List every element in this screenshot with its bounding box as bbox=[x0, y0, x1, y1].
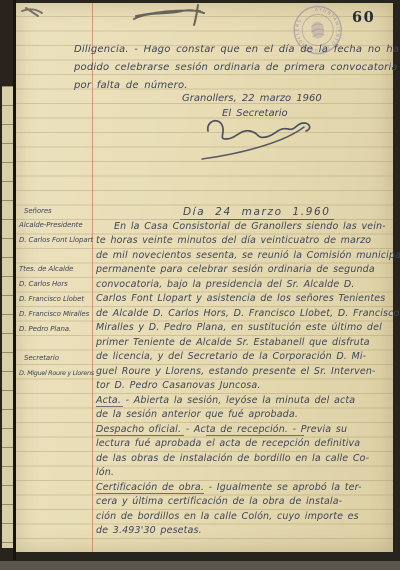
scanned-minutes-book: 60 AYUNTAMIENTO DE GRANOLLERS Diligencia… bbox=[0, 0, 400, 570]
margin-name: D. Francisco Miralles bbox=[19, 310, 89, 318]
session-date-heading: Día 24 marzo 1.960 bbox=[180, 206, 334, 218]
session-line: de licencia, y del Secretario de la Corp… bbox=[96, 351, 366, 362]
pen-scribble-icon bbox=[16, 3, 236, 33]
diligencia-line: podido celebrarse sesión ordinaria de pr… bbox=[74, 62, 398, 73]
document-page: 60 AYUNTAMIENTO DE GRANOLLERS Diligencia… bbox=[16, 3, 393, 552]
session-line: permanente para celebrar sesión ordinari… bbox=[96, 264, 375, 275]
ink-underline-acta-de-recepcion bbox=[206, 435, 304, 436]
session-line: de mil novecientos sesenta, se reunió la… bbox=[96, 250, 400, 261]
stacked-page-edges bbox=[2, 86, 13, 548]
session-line: tor D. Pedro Casanovas Juncosa. bbox=[96, 380, 261, 391]
margin-name: Ttes. de Alcalde bbox=[19, 265, 73, 273]
session-line: de la sesión anterior que fué aprobada. bbox=[96, 409, 298, 420]
session-line: Miralles y D. Pedro Plana, en sustitució… bbox=[96, 322, 382, 333]
session-line: guel Roure y Llorens, estando presente e… bbox=[96, 366, 376, 377]
session-line: de 3.493'30 pesetas. bbox=[96, 525, 202, 536]
session-line: Acta. - Abierta la sesión, leyóse la min… bbox=[96, 395, 355, 406]
session-line: lectura fué aprobada el acta de recepció… bbox=[96, 438, 360, 449]
session-line: Certificación de obra. - Igualmente se a… bbox=[96, 482, 362, 493]
ink-underline-acta bbox=[96, 406, 123, 407]
session-line: cera y última certificación de la obra d… bbox=[96, 496, 342, 507]
margin-name: D. Miguel Roure y Llorens bbox=[19, 369, 94, 377]
session-line: primer Teniente de Alcalde Sr. Estabanel… bbox=[96, 337, 370, 348]
margin-name: D. Carlos Font Llopart bbox=[19, 236, 93, 244]
margin-name: D. Pedro Plana. bbox=[19, 325, 71, 333]
secretary-signature bbox=[196, 113, 321, 165]
margin-name: D. Francisco Llobet bbox=[19, 295, 84, 303]
session-line: de Alcalde D. Carlos Hors, D. Francisco … bbox=[96, 308, 399, 319]
session-line: Despacho oficial. - Acta de recepción. -… bbox=[96, 424, 347, 435]
place-date: Granollers, 22 marzo 1960 bbox=[182, 93, 322, 104]
ink-underline-despacho-oficial bbox=[96, 435, 184, 436]
session-line: lón. bbox=[96, 467, 114, 478]
session-line: de las obras de instalación de bordillo … bbox=[96, 453, 369, 464]
margin-name: Secretario bbox=[24, 354, 59, 362]
page-number: 60 bbox=[352, 9, 375, 26]
diligencia-line: Diligencia. - Hago constar que en el día… bbox=[74, 44, 399, 55]
margin-name: D. Carlos Hors bbox=[19, 280, 68, 288]
session-line: convocatoria, bajo la presidencia del Sr… bbox=[96, 279, 355, 290]
session-line: En la Casa Consistorial de Granollers si… bbox=[96, 221, 386, 232]
ink-underline-certificacion-de-obra bbox=[96, 493, 204, 494]
session-line: ción de bordillos en la calle Colón, cuy… bbox=[96, 511, 359, 522]
margin-header: Señores bbox=[24, 207, 52, 215]
margin-name: Alcalde-Presidente bbox=[19, 221, 83, 229]
session-line: Carlos Font Llopart y asistencia de los … bbox=[96, 293, 385, 304]
scan-background-strip bbox=[0, 561, 400, 570]
session-line: te horas veinte minutos del día veinticu… bbox=[96, 235, 371, 246]
diligencia-line: por falta de número. bbox=[74, 80, 188, 91]
